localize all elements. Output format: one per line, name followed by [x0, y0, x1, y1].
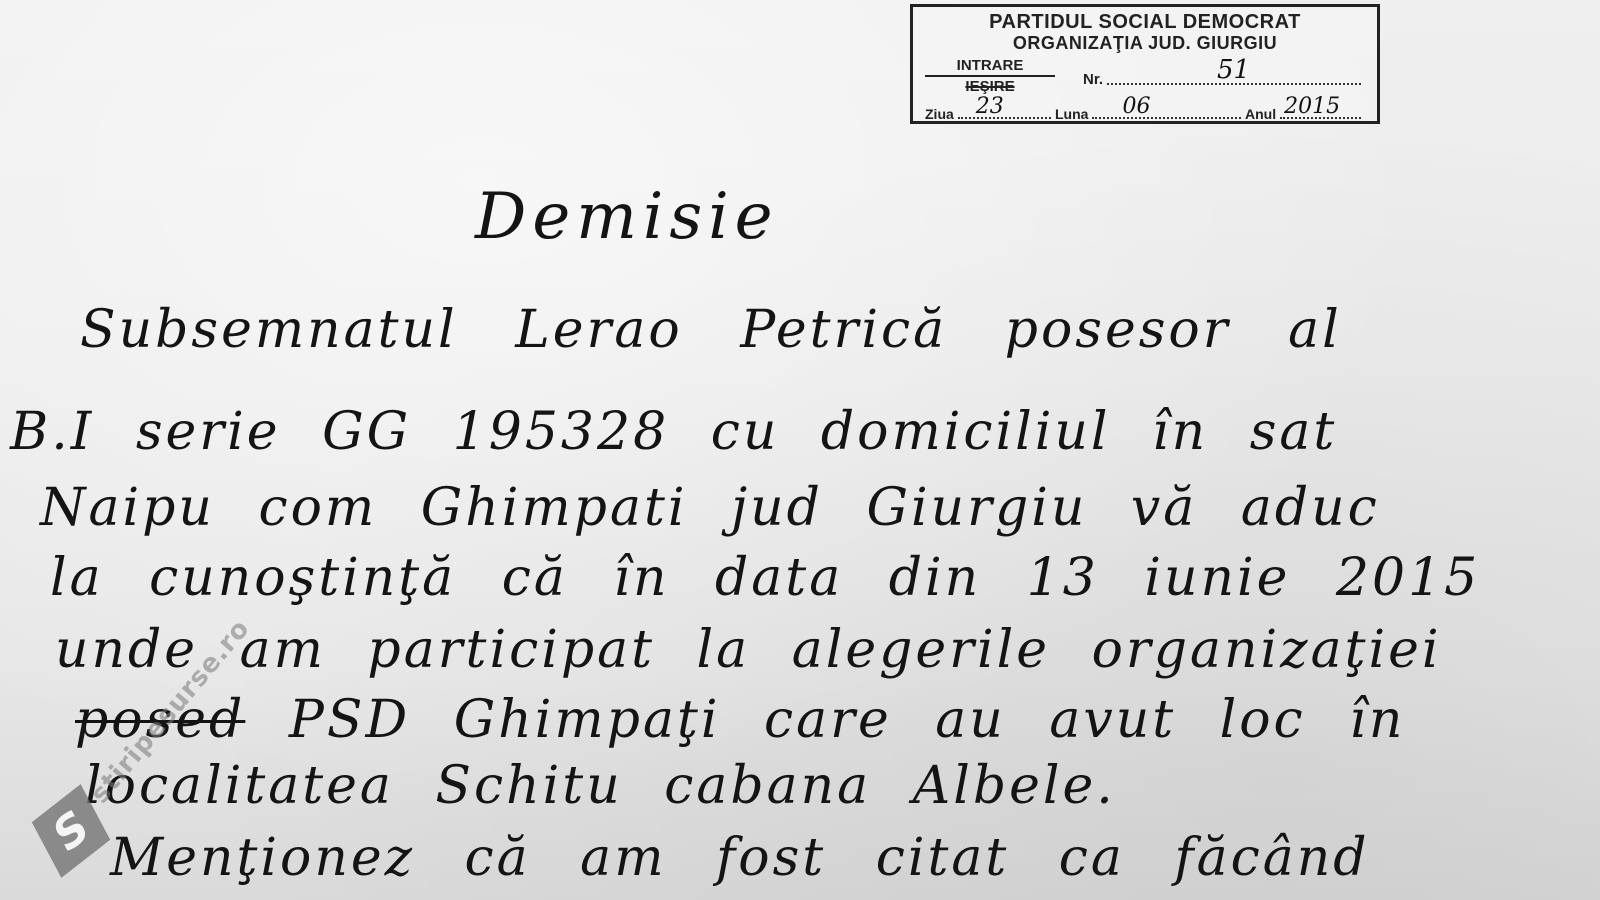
- stamp-nr-dots: 51: [1107, 65, 1361, 85]
- registration-stamp: PARTIDUL SOCIAL DEMOCRAT ORGANIZAŢIA JUD…: [910, 4, 1380, 124]
- stamp-luna-label: Luna: [1055, 106, 1088, 122]
- stamp-intrare-label: INTRARE: [925, 57, 1055, 77]
- stamp-luna-value: 06: [1122, 94, 1150, 119]
- letter-line-1: Subsemnatul Lerao Petrică posesor al: [80, 300, 1342, 360]
- stamp-date-field: Ziua 23 Luna 06 Anul 2015: [925, 97, 1365, 122]
- letter-line-4: la cunoştinţă că în data din 13 iunie 20…: [50, 548, 1480, 608]
- scanned-document: PARTIDUL SOCIAL DEMOCRAT ORGANIZAŢIA JUD…: [0, 0, 1600, 900]
- stamp-ziua-label: Ziua: [925, 106, 954, 122]
- stamp-nr-value: 51: [1217, 55, 1250, 85]
- stamp-anul-value: 2015: [1284, 94, 1340, 119]
- stamp-anul-label: Anul: [1245, 106, 1276, 122]
- stamp-nr-label: Nr.: [1083, 71, 1103, 88]
- stamp-party-name: PARTIDUL SOCIAL DEMOCRAT: [913, 11, 1377, 34]
- letter-title: Demisie: [475, 180, 779, 254]
- stamp-iesire-label: IEŞIRE: [925, 78, 1055, 95]
- letter-line-3: Naipu com Ghimpati jud Giurgiu vă aduc: [40, 478, 1380, 538]
- letter-line-6-text: PSD Ghimpaţi care au avut loc în: [289, 690, 1405, 750]
- letter-line-2: B.I serie GG 195328 cu domiciliul în sat: [10, 402, 1337, 462]
- letter-line-5: unde am participat la alegerile organiza…: [55, 620, 1442, 680]
- stamp-number-field: Nr. 51: [1083, 65, 1365, 88]
- letter-line-7: localitatea Schitu cabana Albele.: [85, 756, 1116, 816]
- letter-line-6: posed PSD Ghimpaţi care au avut loc în: [75, 690, 1405, 750]
- watermark-logo-letter: S: [46, 798, 95, 863]
- stamp-organization: ORGANIZAŢIA JUD. GIURGIU: [913, 33, 1377, 54]
- stamp-ziua-value: 23: [976, 94, 1004, 119]
- letter-line-8: Menţionez că am fost citat ca făcând: [110, 828, 1370, 888]
